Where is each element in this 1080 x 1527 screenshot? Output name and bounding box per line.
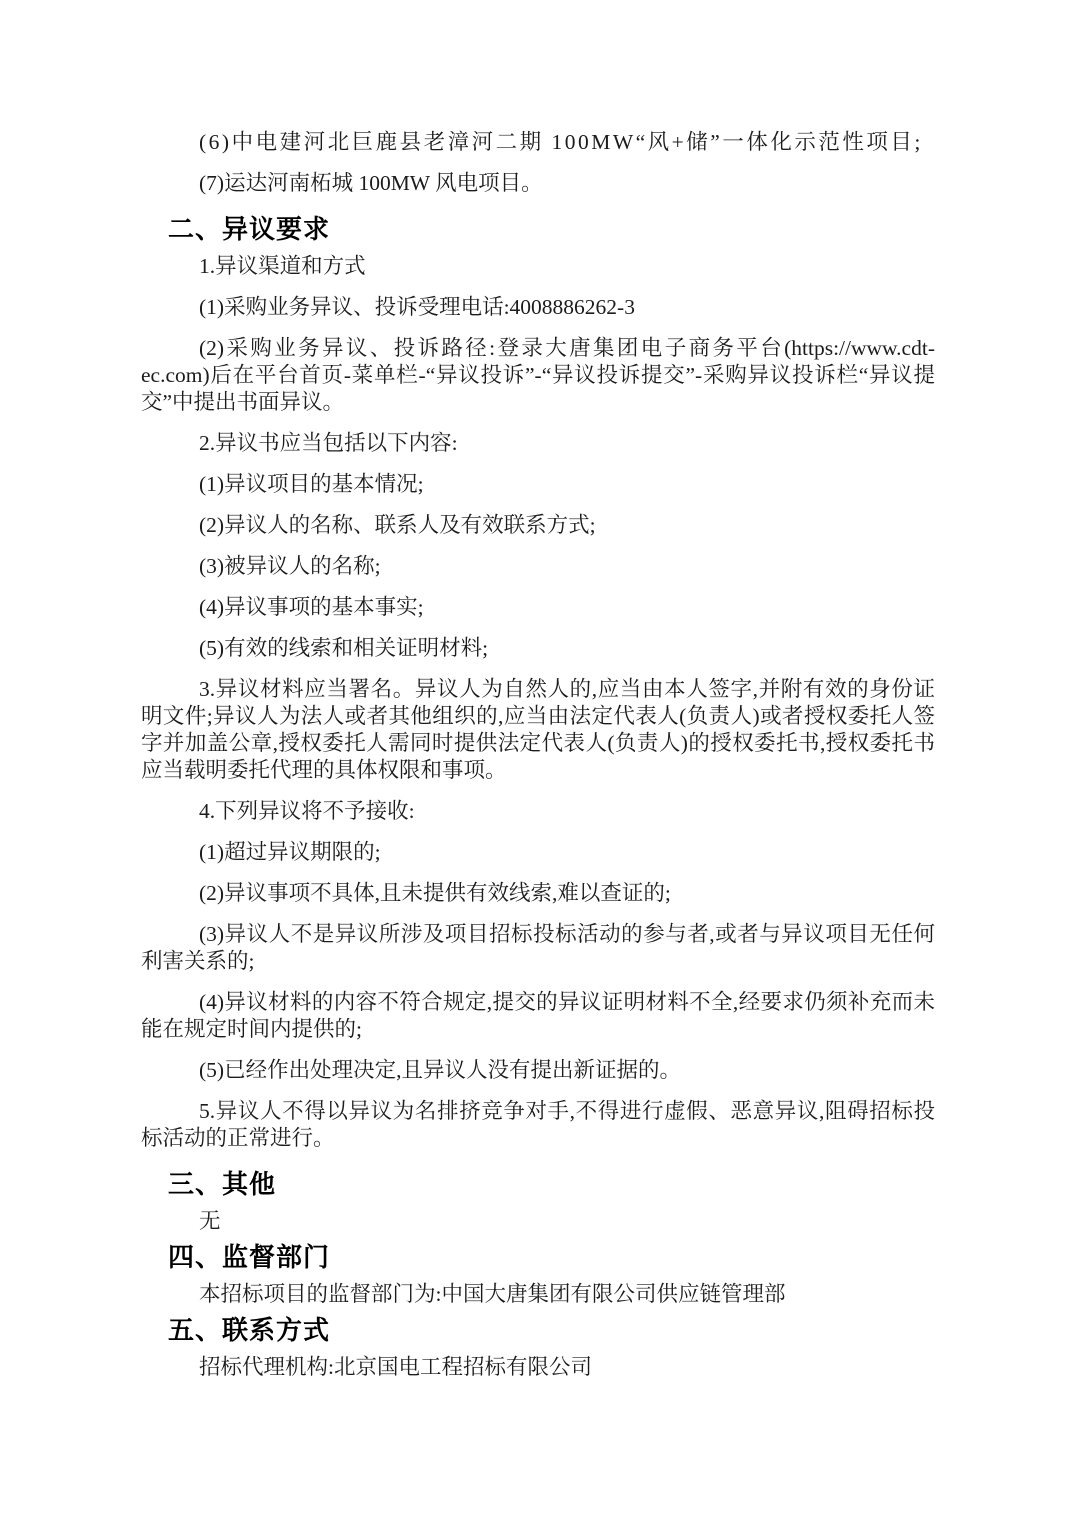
paragraph-bidding-agency: 招标代理机构:北京国电工程招标有限公司 [141,1354,935,1381]
paragraph-objection-content-item-2: (2)异议人的名称、联系人及有效联系方式; [141,512,935,539]
paragraph-supervision-department: 本招标项目的监督部门为:中国大唐集团有限公司供应链管理部 [141,1281,935,1308]
paragraph-objection-letter-contents: 2.异议书应当包括以下内容: [141,430,935,457]
paragraph-objection-content-item-4: (4)异议事项的基本事实; [141,594,935,621]
paragraph-other-none: 无 [141,1208,935,1235]
paragraph-project-item-7: (7)运达河南柘城 100MW 风电项目。 [141,170,935,197]
paragraph-objection-content-item-5: (5)有效的线索和相关证明材料; [141,635,935,662]
paragraph-objection-phone: (1)采购业务异议、投诉受理电话:4008886262-3 [141,294,935,321]
paragraph-rejected-item-3: (3)异议人不是异议所涉及项目招标投标活动的参与者,或者与异议项目无任何利害关系… [141,921,935,975]
heading-section-3-other: 三、其他 [168,1166,935,1202]
paragraph-objection-signature-rules: 3.异议材料应当署名。异议人为自然人的,应当由本人签字,并附有效的身份证明文件;… [141,676,935,784]
paragraph-rejected-item-5: (5)已经作出处理决定,且异议人没有提出新证据的。 [141,1057,935,1084]
paragraph-rejected-objections-intro: 4.下列异议将不予接收: [141,798,935,825]
paragraph-objection-content-item-1: (1)异议项目的基本情况; [141,471,935,498]
heading-section-2-objection-requirements: 二、异议要求 [168,211,935,247]
paragraph-rejected-item-1: (1)超过异议期限的; [141,839,935,866]
paragraph-objection-conduct-rules: 5.异议人不得以异议为名排挤竞争对手,不得进行虚假、恶意异议,阻碍招标投标活动的… [141,1098,935,1152]
heading-section-5-contact-info: 五、联系方式 [168,1312,935,1348]
paragraph-objection-content-item-3: (3)被异议人的名称; [141,553,935,580]
document-page: (6)中电建河北巨鹿县老漳河二期 100MW“风+储”一体化示范性项目; (7)… [0,0,1080,1527]
heading-section-4-supervision-department: 四、监督部门 [168,1239,935,1275]
paragraph-objection-path: (2)采购业务异议、投诉路径:登录大唐集团电子商务平台(https://www.… [141,335,935,416]
paragraph-project-item-6: (6)中电建河北巨鹿县老漳河二期 100MW“风+储”一体化示范性项目; [141,129,935,156]
paragraph-rejected-item-2: (2)异议事项不具体,且未提供有效线索,难以查证的; [141,880,935,907]
paragraph-objection-channels-title: 1.异议渠道和方式 [141,253,935,280]
paragraph-rejected-item-4: (4)异议材料的内容不符合规定,提交的异议证明材料不全,经要求仍须补充而未能在规… [141,989,935,1043]
